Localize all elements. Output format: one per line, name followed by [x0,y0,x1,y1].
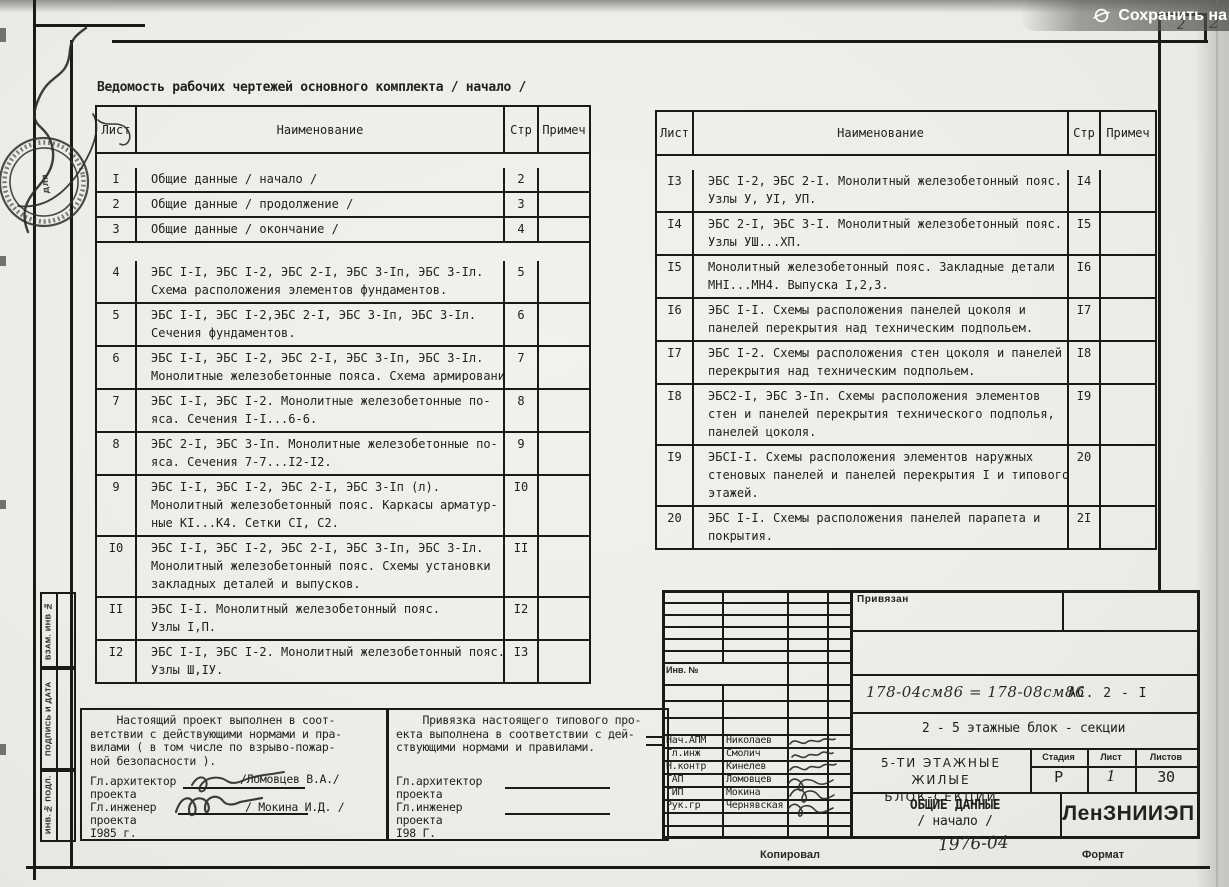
titleblock-grid-line [850,630,1197,632]
titleblock-grid-line [662,650,850,652]
table-row: 3Общие данные / окончание /4 [97,216,589,241]
drawing-name-cell: Общие данные / начало / [137,168,505,191]
signer-name: Ломовцев [726,774,772,785]
titleblock-grid-line [850,712,1197,714]
signer-role: ГАП [666,774,683,785]
blank-signature-line [505,813,610,815]
document-number-handwritten: 1976-04 [938,833,1009,855]
engineer-role2: проекта [396,813,442,827]
titleblock-grid-line [1062,590,1064,630]
titleblock-grid-line [850,674,1197,676]
column-header-page: Стр [1069,112,1101,154]
page-number-cell: I3 [505,641,539,682]
engineer-role2: проекта [90,813,136,827]
drawing-name-cell: Общие данные / окончание / [137,218,505,241]
architect-role2: проекта [90,787,136,801]
table-row: I3ЭБС I-2, ЭБС 2-I. Монолитный железобет… [657,154,1155,211]
table-header-row: ЛистНаименованиеСтрПримеч [97,107,589,152]
format-label: Формат [1082,849,1124,861]
note-cell [539,390,589,431]
titleblock-grid-line [662,700,850,702]
frame-top-border [112,40,1208,43]
titleblock-border [1197,590,1200,838]
stamp-text: для [40,174,52,195]
page-number-cell: I2 [505,598,539,639]
page-number-cell: 4 [505,218,539,241]
table-row: I7ЭБС I-2. Схемы расположения стен цокол… [657,340,1155,383]
signer-name: Смолич [726,748,760,759]
table-row: I6ЭБС I-I. Схемы расположения панелей цо… [657,297,1155,340]
page-number-cell: I4 [1069,170,1101,211]
drawing-name-cell: ЭБС I-I, ЭБС I-2. Монолитные железобетон… [137,390,505,431]
sheet-label: Лист [1087,752,1135,762]
page-number-cell: I5 [1069,213,1101,254]
margin-stamp-box: ПОДПИСЬ И ДАТА [40,666,76,772]
table-header-row: ЛистНаименованиеСтрПримеч [657,112,1155,154]
sheet-number-cell: 2 [97,193,137,216]
sheet-number-cell: I8 [657,385,694,444]
compliance-note-text: Настоящий проект выполнен в соот- ветств… [90,714,342,768]
table-row: 5ЭБС I-I, ЭБС I-2,ЭБС 2-I, ЭБС 3-Iп, ЭБС… [97,302,589,345]
note-cell [1101,507,1155,548]
sheet-number-cell: 9 [97,476,137,535]
table-row: 8ЭБС 2-I, ЭБС 3-Iп. Монолитные железобет… [97,431,589,474]
sheet-number-cell: 8 [97,433,137,474]
note-cell [539,168,589,191]
drawing-name-cell: ЭБС2-I, ЭБС 3-Iп. Схемы расположения эле… [694,385,1069,444]
blank-signature-line [505,787,610,789]
margin-stamp-label: ВЗАМ. ИНВ № [40,594,56,668]
table-row: IIЭБС I-I. Монолитный железобетонный поя… [97,596,589,639]
page-number-cell: I9 [1069,385,1101,444]
margin-stamp-divider [56,770,58,840]
note-cell [1101,299,1155,340]
drawing-name-cell: ЭБС I-I, ЭБС I-2, ЭБС 2-I, ЭБС 3-Iп (л).… [137,476,505,535]
copied-by-label: Копировал [760,849,820,861]
titleblock-border [662,590,1200,593]
signer-role: Рук.гр [666,800,700,811]
titleblock-grid-line [850,748,1197,750]
margin-stamp-box: ВЗАМ. ИНВ № [40,592,76,670]
page-number-cell: I6 [1069,256,1101,297]
drawing-name-cell: ЭБС I-I. Схемы расположения панелей цоко… [694,299,1069,340]
save-to-disk-button[interactable]: Сохранить на [1020,0,1229,31]
series-title: 2 - 5 этажные блок - секции [850,721,1197,736]
sheet-number-cell: I0 [97,537,137,596]
note-cell [1101,342,1155,383]
column-header-sheet: Лист [657,112,694,154]
outer-left-border [33,0,36,880]
note-cell [539,347,589,388]
round-stamp: для [0,131,95,233]
architect-name: /Ломовцев В.А./ [240,772,339,786]
note-cell [539,218,589,241]
sheets-total-label: Листов [1135,752,1197,762]
table-row: I2ЭБС I-I, ЭБС I-2. Монолитный железобет… [97,639,589,682]
page-number-cell: 2I [1069,507,1101,548]
organization-name: ЛенЗНИИЭП [1060,802,1197,826]
sheet-number-cell: 4 [97,261,137,302]
titleblock-grid-line [662,626,850,628]
signer-name: Чернявская [726,800,783,811]
table-row: 7ЭБС I-I, ЭБС I-2. Монолитные железобето… [97,388,589,431]
table-row: IОбщие данные / начало /2 [97,152,589,191]
table-row: I0ЭБС I-I, ЭБС I-2, ЭБС 2-I, ЭБС 3-Iп, Э… [97,535,589,596]
note-cell [1101,213,1155,254]
scanned-drawing-sheet: 2 2 Ведомость рабочих чертежей основного… [0,0,1229,887]
table-row: 20ЭБС I-I. Схемы расположения панелей па… [657,505,1155,548]
drawing-register-table-right: ЛистНаименованиеСтрПримечI3ЭБС I-2, ЭБС … [655,110,1157,550]
note-cell [539,433,589,474]
scan-edge-mark [0,28,6,42]
margin-stamp-label: ИНВ.№ ПОДЛ. [40,770,56,840]
sheet-number-cell: I6 [657,299,694,340]
page-number-cell: II [505,537,539,596]
page-number-cell: 5 [505,261,539,302]
scan-edge-mark [0,744,6,755]
frame-right-border [1158,40,1161,590]
sheet-number-cell: I9 [657,446,694,505]
stage-label: Стадия [1030,752,1087,762]
adaptation-note-box: Привязка настоящего типового про- екта в… [386,708,669,841]
sheet-number-cell: 5 [97,304,137,345]
top-border-segment [33,24,145,27]
attached-label: Привязан [857,594,909,605]
note-cell [539,537,589,596]
signer-role: ГИП [666,787,683,798]
sheet-number-cell: 3 [97,218,137,241]
sheet-number-cell: I [97,168,137,191]
titleblock-grid-line [662,825,850,827]
table-row: I5Монолитный железобетонный пояс. Заклад… [657,254,1155,297]
sheet-number-cell: 6 [97,347,137,388]
project-year: I985 г. [90,826,136,840]
signer-name: Николаев [726,735,772,746]
architect-role: Гл.архитектор [90,774,176,788]
note-cell [539,476,589,535]
note-cell [1101,256,1155,297]
margin-stamp-divider [56,668,58,770]
disk-logo-icon [1092,6,1111,25]
drawing-name-cell: ЭБС 2-I, ЭБС 3-I. Монолитный железобетон… [694,213,1069,254]
sheet-number-cell: II [97,598,137,639]
page-number-cell: I7 [1069,299,1101,340]
column-header-note: Примеч [539,107,589,152]
titleblock-grid-line [662,684,850,686]
page-number-cell: 20 [1069,446,1101,505]
sheet-number-cell: I7 [657,342,694,383]
note-cell [1101,446,1155,505]
frame-bottom-border [26,866,1210,869]
drawing-name-cell: ЭБС I-I, ЭБС I-2, ЭБС 2-I, ЭБС 3-Iп, ЭБС… [137,347,505,388]
page-number-cell: I8 [1069,342,1101,383]
engineer-role: Гл.инженер [90,800,156,814]
drawing-name-cell: ЭБСI-I. Схемы расположения элементов нар… [694,446,1069,505]
document-code: АС. 2 - I [1068,686,1147,701]
stage-value: Р [1030,768,1087,786]
note-cell [539,193,589,216]
engineer-signature-line [178,813,308,815]
sheet-number-cell: I4 [657,213,694,254]
note-cell [539,304,589,345]
titleblock-grid-line [662,602,850,604]
titleblock-grid-line [662,614,850,616]
signer-name: Мокина [726,787,760,798]
drawing-name-cell: ЭБС I-I. Монолитный железобетонный пояс.… [137,598,505,639]
sheets-total-value: 30 [1135,768,1197,786]
drawing-name-cell: ЭБС I-I, ЭБС I-2. Монолитный железобетон… [137,641,505,682]
drawing-name-cell: ЭБС I-I, ЭБС I-2,ЭБС 2-I, ЭБС 3-Iп, ЭБС … [137,304,505,345]
table-row: 9ЭБС I-I, ЭБС I-2, ЭБС 2-I, ЭБС 3-Iп (л)… [97,474,589,535]
margin-stamp-divider [56,594,58,668]
signer-role: Н.контр [666,761,706,772]
margin-stamp-box: ИНВ.№ ПОДЛ. [40,768,76,842]
page-number-cell: 8 [505,390,539,431]
drawing-name-cell: ЭБС I-2. Схемы расположения стен цоколя … [694,342,1069,383]
page-number-cell: 2 [505,168,539,191]
note-cell [539,641,589,682]
compliance-note-box: Настоящий проект выполнен в соот- ветств… [80,708,389,841]
titleblock-grid-line [662,717,850,719]
column-header-name: Наименование [137,107,505,152]
table-row: I4ЭБС 2-I, ЭБС 3-I. Монолитный железобет… [657,211,1155,254]
engineer-name: / Мокина И.Д. / [245,800,344,814]
table-row: 6ЭБС I-I, ЭБС I-2, ЭБС 2-I, ЭБС 3-Iп, ЭБ… [97,345,589,388]
adaptation-note-text: Привязка настоящего типового про- екта в… [396,714,641,755]
note-cell [1101,385,1155,444]
scan-edge-mark [0,256,6,266]
table-row: 4ЭБС I-I, ЭБС I-2, ЭБС 2-I, ЭБС 3-Iп, ЭБ… [97,241,589,302]
page-number-cell: I0 [505,476,539,535]
note-cell [539,261,589,302]
sheet-content-title: ОБЩИЕ ДАННЫЕ / начало / [850,798,1060,830]
column-header-sheet: Лист [97,107,137,152]
titleblock-grid-line [662,662,850,664]
engineer-role: Гл.инженер [396,800,462,814]
drawing-name-cell: Монолитный железобетонный пояс. Закладны… [694,256,1069,297]
column-header-note: Примеч [1101,112,1155,154]
project-year: I98 Г. [396,826,436,840]
drawing-register-table-left: ЛистНаименованиеСтрПримечIОбщие данные /… [95,105,591,684]
sheet-number-cell: I3 [657,170,694,211]
sheet-register-title: Ведомость рабочих чертежей основного ком… [97,80,526,95]
page-number-cell: 7 [505,347,539,388]
sheet-number-cell: I2 [97,641,137,682]
column-header-page: Стр [505,107,539,152]
signer-name: Кинелев [726,761,766,772]
document-code-handwritten: 178-04см86 = 178-08см86 [866,683,1085,701]
column-header-name: Наименование [694,112,1069,154]
sheet-number-cell: 20 [657,507,694,548]
inventory-number-label: Инв. № [666,665,698,675]
page-number-cell: 9 [505,433,539,474]
drawing-name-cell: ЭБС I-2, ЭБС 2-I. Монолитный железобетон… [694,170,1069,211]
page-number-cell: 3 [505,193,539,216]
drawing-name-cell: ЭБС I-I, ЭБС I-2, ЭБС 2-I, ЭБС 3-Iп, ЭБС… [137,537,505,596]
margin-stamp-label: ПОДПИСЬ И ДАТА [40,668,56,770]
page-number-cell: 6 [505,304,539,345]
drawing-name-cell: ЭБС I-I, ЭБС I-2, ЭБС 2-I, ЭБС 3-Iп, ЭБС… [137,261,505,302]
table-row: I8ЭБС2-I, ЭБС 3-Iп. Схемы расположения э… [657,383,1155,444]
note-cell [539,598,589,639]
architect-role: Гл.архитектор [396,774,482,788]
scan-edge-mark [0,500,6,509]
sheet-number-value: 1 [1087,767,1135,785]
titleblock-grid-line [662,638,850,640]
table-row: 2Общие данные / продолжение /3 [97,191,589,216]
table-row: I9ЭБСI-I. Схемы расположения элементов н… [657,444,1155,505]
architect-role2: проекта [396,787,442,801]
drawing-name-cell: Общие данные / продолжение / [137,193,505,216]
signer-role: Гл.инж [666,748,700,759]
titleblock-grid-line [662,812,850,814]
paper-right-edge [1216,0,1218,887]
drawing-name-cell: ЭБС 2-I, ЭБС 3-Iп. Монолитные железобето… [137,433,505,474]
save-to-disk-label: Сохранить на [1118,7,1227,25]
drawing-name-cell: ЭБС I-I. Схемы расположения панелей пара… [694,507,1069,548]
note-cell [1101,170,1155,211]
architect-signature-line [183,787,305,789]
sheet-number-cell: I5 [657,256,694,297]
sheet-number-cell: 7 [97,390,137,431]
titleblock-border [662,836,1200,839]
signer-role: Нач.АПМ [666,735,706,746]
